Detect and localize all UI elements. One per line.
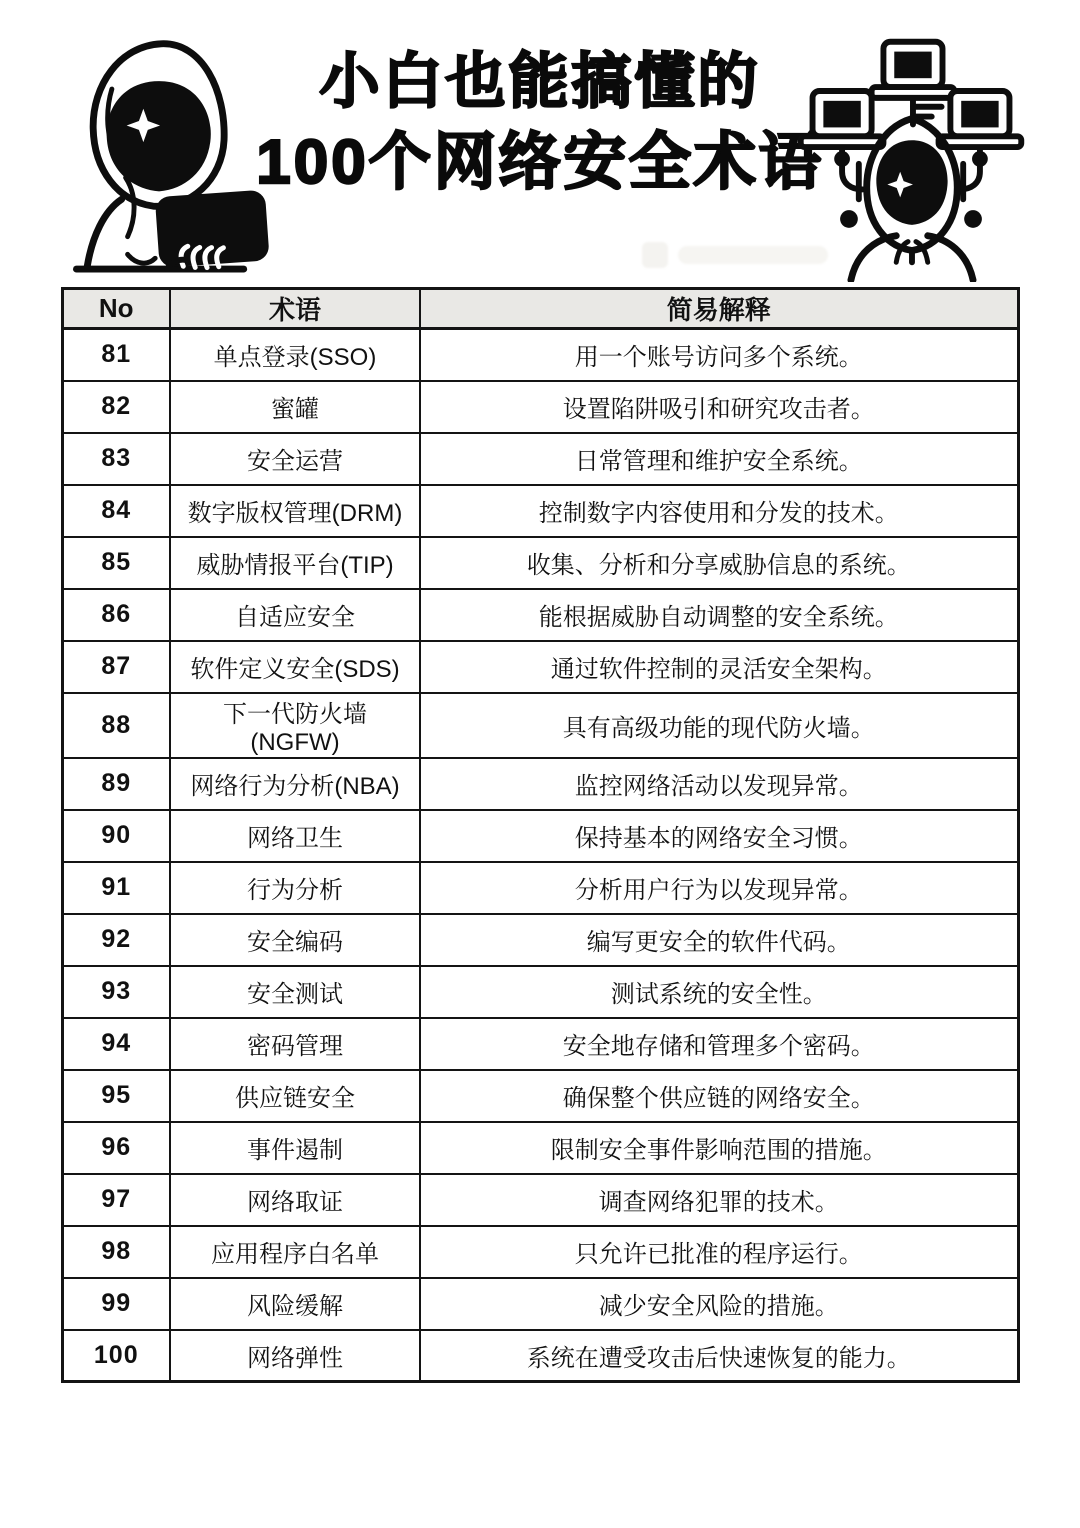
- table-row: 94 密码管理 安全地存储和管理多个密码。: [62, 1018, 1018, 1070]
- table-row: 96 事件遏制 限制安全事件影响范围的措施。: [62, 1122, 1018, 1174]
- table-row: 98 应用程序白名单 只允许已批准的程序运行。: [62, 1226, 1018, 1278]
- row-no: 96: [62, 1122, 170, 1174]
- row-term: 密码管理: [170, 1018, 420, 1070]
- row-term: 软件定义安全(SDS): [170, 641, 420, 693]
- hacker-laptop-icon: [56, 30, 274, 276]
- page-header: 小白也能搞懂的 100个网络安全术语: [0, 0, 1080, 287]
- row-no: 82: [62, 381, 170, 433]
- row-no: 99: [62, 1278, 170, 1330]
- row-no: 93: [62, 966, 170, 1018]
- page-title-line1: 小白也能搞懂的: [256, 52, 823, 112]
- table-row: 88 下一代防火墙(NGFW) 具有高级功能的现代防火墙。: [62, 693, 1018, 758]
- row-explanation: 控制数字内容使用和分发的技术。: [420, 485, 1018, 537]
- table-row: 99 风险缓解 减少安全风险的措施。: [62, 1278, 1018, 1330]
- row-no: 98: [62, 1226, 170, 1278]
- row-explanation: 设置陷阱吸引和研究攻击者。: [420, 381, 1018, 433]
- table-row: 83 安全运营 日常管理和维护安全系统。: [62, 433, 1018, 485]
- terms-table: No 术语 简易解释 81 单点登录(SSO) 用一个账号访问多个系统。 82 …: [61, 287, 1020, 1383]
- row-explanation: 日常管理和维护安全系统。: [420, 433, 1018, 485]
- row-term: 网络弹性: [170, 1330, 420, 1382]
- row-explanation: 具有高级功能的现代防火墙。: [420, 693, 1018, 758]
- computer-icon-left: [801, 91, 884, 147]
- table-row: 90 网络卫生 保持基本的网络安全习惯。: [62, 810, 1018, 862]
- row-explanation: 安全地存储和管理多个密码。: [420, 1018, 1018, 1070]
- col-header-no: No: [62, 289, 170, 329]
- row-term: 安全运营: [170, 433, 420, 485]
- row-no: 84: [62, 485, 170, 537]
- row-explanation: 减少安全风险的措施。: [420, 1278, 1018, 1330]
- row-term: 数字版权管理(DRM): [170, 485, 420, 537]
- table-row: 92 安全编码 编写更安全的软件代码。: [62, 914, 1018, 966]
- row-no: 85: [62, 537, 170, 589]
- row-explanation: 保持基本的网络安全习惯。: [420, 810, 1018, 862]
- row-no: 88: [62, 693, 170, 758]
- row-explanation: 能根据威胁自动调整的安全系统。: [420, 589, 1018, 641]
- row-explanation: 调查网络犯罪的技术。: [420, 1174, 1018, 1226]
- row-explanation: 编写更安全的软件代码。: [420, 914, 1018, 966]
- table-row: 86 自适应安全 能根据威胁自动调整的安全系统。: [62, 589, 1018, 641]
- row-explanation: 分析用户行为以发现异常。: [420, 862, 1018, 914]
- row-term: 威胁情报平台(TIP): [170, 537, 420, 589]
- row-no: 95: [62, 1070, 170, 1122]
- page-title: 小白也能搞懂的 100个网络安全术语: [256, 52, 823, 194]
- table-row: 100 网络弹性 系统在遭受攻击后快速恢复的能力。: [62, 1330, 1018, 1382]
- row-term: 单点登录(SSO): [170, 329, 420, 381]
- row-no: 97: [62, 1174, 170, 1226]
- row-explanation: 收集、分析和分享威胁信息的系统。: [420, 537, 1018, 589]
- row-explanation: 系统在遭受攻击后快速恢复的能力。: [420, 1330, 1018, 1382]
- laptop-icon: [155, 190, 270, 271]
- row-term: 蜜罐: [170, 381, 420, 433]
- table-header: No 术语 简易解释: [62, 289, 1018, 329]
- row-no: 83: [62, 433, 170, 485]
- row-explanation: 测试系统的安全性。: [420, 966, 1018, 1018]
- row-term: 下一代防火墙(NGFW): [170, 693, 420, 758]
- row-no: 100: [62, 1330, 170, 1382]
- table-row: 95 供应链安全 确保整个供应链的网络安全。: [62, 1070, 1018, 1122]
- table-row: 91 行为分析 分析用户行为以发现异常。: [62, 862, 1018, 914]
- row-explanation: 监控网络活动以发现异常。: [420, 758, 1018, 810]
- col-header-term: 术语: [170, 289, 420, 329]
- row-term: 风险缓解: [170, 1278, 420, 1330]
- row-term: 自适应安全: [170, 589, 420, 641]
- table-row: 85 威胁情报平台(TIP) 收集、分析和分享威胁信息的系统。: [62, 537, 1018, 589]
- table-row: 82 蜜罐 设置陷阱吸引和研究攻击者。: [62, 381, 1018, 433]
- table-body: 81 单点登录(SSO) 用一个账号访问多个系统。 82 蜜罐 设置陷阱吸引和研…: [62, 329, 1018, 1382]
- computer-icon-top: [872, 42, 955, 98]
- table-row: 97 网络取证 调查网络犯罪的技术。: [62, 1174, 1018, 1226]
- table-header-row: No 术语 简易解释: [62, 289, 1018, 329]
- row-no: 91: [62, 862, 170, 914]
- row-no: 87: [62, 641, 170, 693]
- row-term: 行为分析: [170, 862, 420, 914]
- page-title-line2: 100个网络安全术语: [256, 132, 823, 194]
- row-term: 安全测试: [170, 966, 420, 1018]
- table-row: 89 网络行为分析(NBA) 监控网络活动以发现异常。: [62, 758, 1018, 810]
- row-no: 94: [62, 1018, 170, 1070]
- table-row: 87 软件定义安全(SDS) 通过软件控制的灵活安全架构。: [62, 641, 1018, 693]
- row-explanation: 限制安全事件影响范围的措施。: [420, 1122, 1018, 1174]
- col-header-explanation: 简易解释: [420, 289, 1018, 329]
- row-term: 安全编码: [170, 914, 420, 966]
- row-no: 81: [62, 329, 170, 381]
- table-row: 93 安全测试 测试系统的安全性。: [62, 966, 1018, 1018]
- row-term: 网络行为分析(NBA): [170, 758, 420, 810]
- watermark: [642, 242, 828, 268]
- row-no: 86: [62, 589, 170, 641]
- row-explanation: 用一个账号访问多个系统。: [420, 329, 1018, 381]
- hacker-network-icon: [794, 26, 1028, 282]
- row-explanation: 确保整个供应链的网络安全。: [420, 1070, 1018, 1122]
- row-explanation: 只允许已批准的程序运行。: [420, 1226, 1018, 1278]
- row-term: 供应链安全: [170, 1070, 420, 1122]
- row-no: 89: [62, 758, 170, 810]
- row-term: 事件遏制: [170, 1122, 420, 1174]
- table-row: 81 单点登录(SSO) 用一个账号访问多个系统。: [62, 329, 1018, 381]
- row-no: 92: [62, 914, 170, 966]
- row-term: 网络卫生: [170, 810, 420, 862]
- table-row: 84 数字版权管理(DRM) 控制数字内容使用和分发的技术。: [62, 485, 1018, 537]
- row-term: 网络取证: [170, 1174, 420, 1226]
- row-term: 应用程序白名单: [170, 1226, 420, 1278]
- row-explanation: 通过软件控制的灵活安全架构。: [420, 641, 1018, 693]
- row-no: 90: [62, 810, 170, 862]
- computer-icon-right: [939, 91, 1022, 147]
